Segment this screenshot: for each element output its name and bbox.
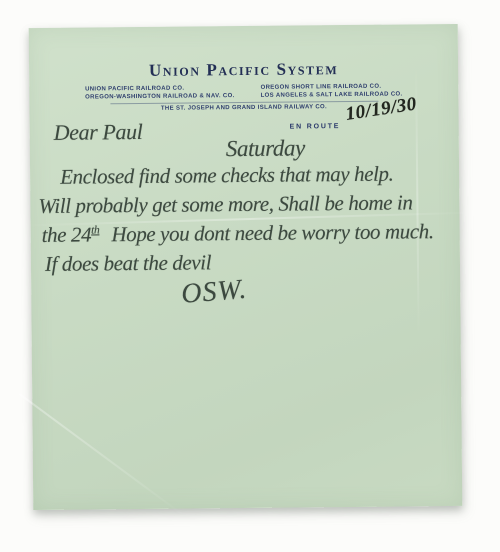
line3-text-post: Hope you dont need be worry too much.: [99, 219, 434, 246]
paper-crease: [19, 393, 189, 519]
line3-text-pre: the 24: [42, 222, 92, 246]
greeting-line: Dear Paul: [54, 119, 143, 146]
company-line: OREGON-WASHINGTON RAILROAD & NAV. CO.: [85, 93, 235, 102]
letter-paper: Union Pacific System UNION PACIFIC RAILR…: [29, 24, 463, 510]
body-line-3: the 24thHope you dont need be worry too …: [42, 219, 434, 248]
body-line-2: Will probably get some more, Shall be ho…: [38, 190, 412, 219]
signature: OSW.: [180, 274, 248, 311]
body-line-1: Enclosed find some checks that may help.: [60, 162, 394, 190]
letterhead-right-companies: OREGON SHORT LINE RAILROAD CO. LOS ANGEL…: [261, 83, 403, 99]
en-route-label: EN ROUTE: [290, 123, 341, 130]
line3-ordinal-suffix: th: [91, 224, 99, 236]
day-line: Saturday: [226, 135, 305, 162]
body-line-4: If does beat the devil: [45, 250, 211, 277]
letterhead-title: Union Pacific System: [29, 58, 458, 82]
scanned-letter-photo: Union Pacific System UNION PACIFIC RAILR…: [0, 0, 500, 552]
letterhead-left-companies: UNION PACIFIC RAILROAD CO. OREGON-WASHIN…: [85, 85, 235, 101]
